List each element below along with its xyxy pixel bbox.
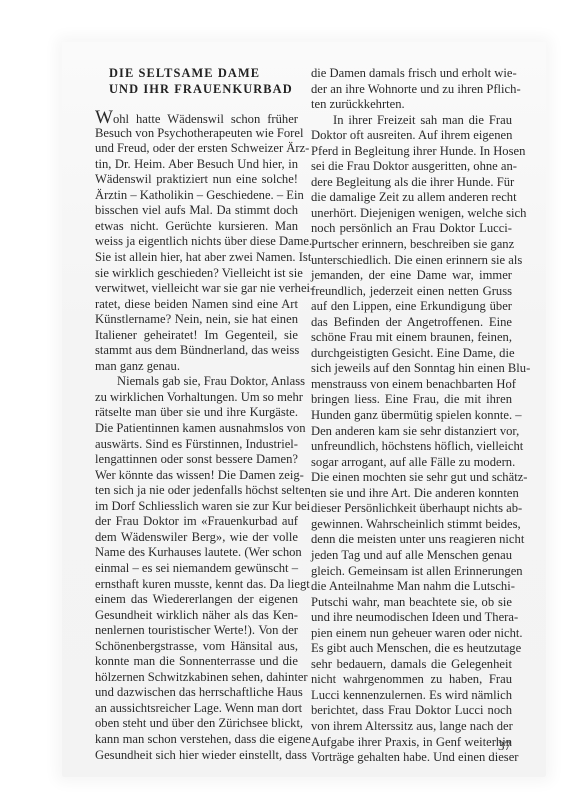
text-line: dieser Persönlichkeit überhaupt nichts a…: [311, 501, 512, 517]
page-number: 37: [498, 738, 511, 754]
text-line: tin, Dr. Heim. Aber Besuch Und hier, in: [95, 157, 298, 173]
text-line: die damalige Zeit zu allem anderen recht: [311, 190, 512, 206]
text-line: Putschi wahr, man beachtete sie, ob sie: [311, 595, 512, 611]
text-line: und Freud, oder der ersten Schweizer Ärz…: [95, 141, 298, 157]
drop-cap: W: [95, 107, 113, 128]
text-line: nicht wahrgenommen zu haben, Frau: [311, 672, 512, 688]
text-line: gleich. Gemeinsam ist allen Erinnerungen: [311, 564, 512, 580]
text-line: ratet, diese beiden Namen sind eine Art: [95, 297, 298, 313]
text-line: das Befinden der Angetroffenen. Eine: [311, 315, 512, 331]
text-line: konnte man die Sonnenterrasse und die: [95, 654, 298, 670]
text-line: hölzernen Schwitzkabinen sehen, dahinter: [95, 670, 298, 686]
text-line: sich jeweils auf den Sonntag hin einen B…: [311, 361, 512, 377]
chapter-heading-line-2: UND IHR FRAUENKURBAD: [95, 82, 298, 98]
text-line: sie wirklich geschieden? Vielleicht ist …: [95, 266, 298, 282]
text-line: noch persönlich an Frau Doktor Lucci-: [311, 221, 512, 237]
text-line: pien einem nun geheuer waren oder nicht.: [311, 626, 512, 642]
text-line: unfreundlich, höchstens höflich, viellei…: [311, 439, 512, 455]
text-line: Wädenswil praktiziert nun eine solche!: [95, 172, 298, 188]
text-line: Schönenbergstrasse, vom Hänsital aus,: [95, 639, 298, 655]
text-line: sei die Frau Doktor ausgeritten, ohne an…: [311, 159, 512, 175]
right-column: die Damen damals frisch und erholt wie-d…: [311, 66, 512, 766]
text-line: man ganz genau.: [95, 359, 298, 375]
text-line: verwitwet, vielleicht war sie gar nie ve…: [95, 281, 298, 297]
text-line: Es gibt auch Menschen, die es heutzutage: [311, 641, 512, 657]
text-line: jeden Tag und auf alle Menschen genau: [311, 548, 512, 564]
text-line: Wer könnte das wissen! Die Damen zeig-: [95, 468, 298, 484]
text-line: Pferd in Begleitung ihrer Hunde. In Hose…: [311, 144, 512, 160]
text-line: an aussichtsreicher Lage. Wenn man dort: [95, 701, 298, 717]
text-line: Italiener geheiratet! Im Gegenteil, sie: [95, 328, 298, 344]
text-line: etwas nicht. Gerüchte kursieren. Man: [95, 219, 298, 235]
text-line: auf den Lippen, eine Erkundigung über: [311, 299, 512, 315]
text-line: Lucci kennenzulernen. Es wird nämlich: [311, 688, 512, 704]
text-line: unerhört. Diejenigen wenigen, welche sic…: [311, 206, 512, 222]
text-line: unterschiedlich. Die einen erinnern sie …: [311, 253, 512, 269]
text-line: In ihrer Freizeit sah man die Frau: [311, 113, 512, 129]
text-line: die Damen damals frisch und erholt wie-: [311, 66, 512, 82]
text-line: und ihre neumodischen Ideen und Thera-: [311, 610, 512, 626]
text-line: auswärts. Sind es Fürstinnen, Industriel…: [95, 437, 298, 453]
text-line: bisschen viel aufs Mal. Da stimmt doch: [95, 203, 298, 219]
left-column-body: Wohl hatte Wädenswil schon früherBesuch …: [95, 110, 298, 763]
text-line: Gesundheit sich hier wieder einstellt, d…: [95, 748, 298, 764]
text-line: einem das Wiedererlangen der eigenen: [95, 592, 298, 608]
text-line: dem Wädenswiler Berg», wie der volle: [95, 530, 298, 546]
text-line: Gesundheit wirklich näher als das Ken-: [95, 608, 298, 624]
text-line: Vorträge gehalten habe. Und einen dieser: [311, 750, 512, 766]
right-column-body: die Damen damals frisch und erholt wie-d…: [311, 66, 512, 766]
text-line: ten sie und ihre Art. Die anderen konnte…: [311, 486, 512, 502]
text-line: Doktor oft ausreiten. Auf ihrem eigenen: [311, 128, 512, 144]
text-line: schöne Frau mit einem braunen, feinen,: [311, 330, 512, 346]
text-line: zu wirklichen Vorhaltungen. Um so mehr: [95, 390, 298, 406]
text-line: Die Patientinnen kamen ausnahmslos von: [95, 421, 298, 437]
text-line: Besuch von Psychotherapeuten wie Forel: [95, 126, 298, 142]
text-line: Den anderen kam sie sehr distanziert vor…: [311, 424, 512, 440]
text-line: und dazwischen das herrschaftliche Haus: [95, 685, 298, 701]
text-line: berichtet, dass Frau Doktor Lucci noch: [311, 703, 512, 719]
text-line: denn die meisten unter uns reagieren nic…: [311, 532, 512, 548]
text-line: die Anteilnahme Man nahm die Lutschi-: [311, 579, 512, 595]
chapter-heading-line-1: DIE SELTSAME DAME: [95, 66, 298, 82]
text-line: oben steht und über den Zürichsee blickt…: [95, 716, 298, 732]
text-line: ernsthaft kuren musste, kennt das. Da li…: [95, 577, 298, 593]
text-line: Name des Kurhauses lautete. (Wer schon: [95, 545, 298, 561]
text-line: Künstlername? Nein, nein, sie hat einen: [95, 312, 298, 328]
text-line: rätselte man über sie und ihre Kurgäste.: [95, 405, 298, 421]
text-line: freundlich, jederzeit einen netten Gruss: [311, 284, 512, 300]
text-line-content: ohl hatte Wädenswil schon früher: [113, 112, 298, 126]
text-line: lengattinnen oder sonst bessere Damen?: [95, 452, 298, 468]
text-line: Ärztin – Katholikin – Geschiedene. – Ein: [95, 188, 298, 204]
left-column: DIE SELTSAME DAME UND IHR FRAUENKURBAD W…: [95, 66, 298, 763]
text-line: Sie ist allein hier, hat aber zwei Namen…: [95, 250, 298, 266]
text-line: ten sich ja nie oder jedenfalls höchst s…: [95, 483, 298, 499]
heading-spacer: [95, 97, 298, 110]
text-line: dere Begleitung als die ihrer Hunde. Für: [311, 175, 512, 191]
text-line: Wohl hatte Wädenswil schon früher: [95, 110, 298, 126]
text-line: kann man schon verstehen, dass die eigen…: [95, 732, 298, 748]
text-line: gewinnen. Wahrscheinlich stimmt beides,: [311, 517, 512, 533]
text-line: im Dorf Schliesslich waren sie zur Kur b…: [95, 499, 298, 515]
text-line: jemanden, der eine Dame war, immer: [311, 268, 512, 284]
text-line: Die einen mochten sie sehr gut und schät…: [311, 470, 512, 486]
text-line: Hunden ganz übermütig spielen konnte. –: [311, 408, 512, 424]
text-line: ten zurückkehrten.: [311, 97, 512, 113]
text-line: menstrauss von einem benachbarten Hof: [311, 377, 512, 393]
text-line: durchgeistigten Gesicht. Eine Dame, die: [311, 346, 512, 362]
text-line: der Frau Doktor im «Frauenkurbad auf: [95, 514, 298, 530]
text-line: Niemals gab sie, Frau Doktor, Anlass: [95, 374, 298, 390]
text-line: von ihrem Alterssitz aus, lange nach der: [311, 719, 512, 735]
text-line: der an ihre Wohnorte und zu ihren Pflich…: [311, 82, 512, 98]
text-line: Purtscher erinnern, beschreiben sie ganz: [311, 237, 512, 253]
text-line: weiss ja eigentlich nichts über diese Da…: [95, 234, 298, 250]
text-line: sogar arrogant, auf alle Fälle zu modern…: [311, 455, 512, 471]
text-line: nenlernen touristischer Werte!). Von der: [95, 623, 298, 639]
text-line: einmal – es sei niemandem gewünscht –: [95, 561, 298, 577]
text-line: bringen liess. Eine Frau, die mit ihren: [311, 392, 512, 408]
text-line: sehr bedauern, damals die Gelegenheit: [311, 657, 512, 673]
text-line: Aufgabe ihrer Praxis, in Genf weiterhin: [311, 735, 512, 751]
text-line: stammt aus dem Bündnerland, das weiss: [95, 343, 298, 359]
